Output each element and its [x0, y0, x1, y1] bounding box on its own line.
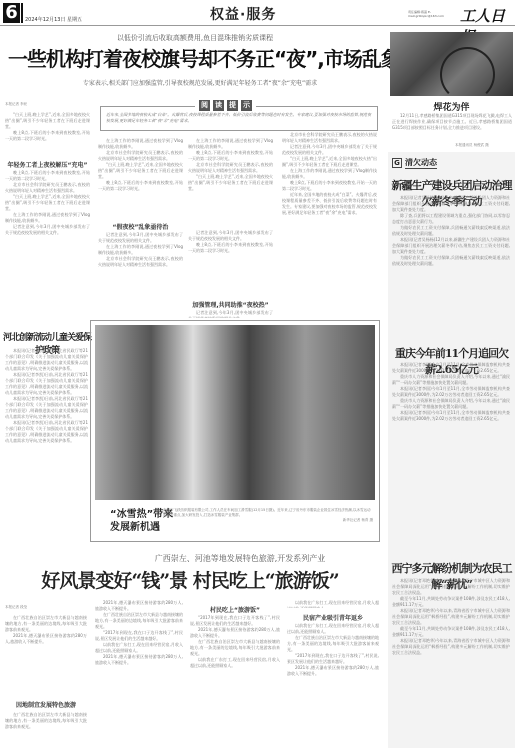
tip-char: 阅: [199, 100, 210, 111]
second-subhead-1: 因地制宜发展特色旅游: [5, 700, 87, 709]
tip-char: 读: [213, 100, 224, 111]
paragraph: 在广西壮族自治区崇左市大新县与越南接壤的地方,有一条美丽的边境线,每年吸引大批游…: [190, 639, 280, 657]
paragraph: 在上海工作的李刚说,通过夜校学到了Vlog制作技能,收获颇多。: [282, 168, 377, 180]
paragraph: 本报讯(记者李国)今年1月至11月,全市劳动保障监察机构共查处欠薪案件近3000…: [392, 386, 510, 398]
paragraph: 北京市社会科学院研究员王鹏表示,夜校的火热说明年轻人对精神生活有强烈需求。: [282, 132, 377, 144]
lead-col3-body: 在上海工作的李刚说,通过夜校学到了Vlog制作技能,收获颇多。晚上8点,下班后的…: [188, 138, 273, 226]
paragraph: 2021年,德天瀑布景区接待游客约280万人,旅游收入不断提升。: [190, 627, 280, 639]
lead-col4-body: 北京市社会科学院研究员王鹏表示,夜校的火热说明年轻人对精神生活有强烈需求。记者注…: [282, 132, 377, 317]
wage-body-1: 本报讯(记者吴杨杨)12月以来,新疆生产建设兵团人力资源和社会保障部门组织开展治…: [392, 195, 510, 330]
photo2-caption-text: 在辽宁飞跃纺织服装有限公司,工作人员在车间加工滑雪服(12月15日摄)。近年来,…: [163, 508, 370, 517]
lead-subhead-1: 年轻务工者上夜校解压“充电”: [5, 160, 90, 169]
reading-tip-text: 近年来,全国多地的夜校火成“白菜”。火爆背后,夜校课程质量参差不齐、低价引流后收…: [106, 112, 374, 124]
issue-date: 2024年12月13日 星期五: [25, 16, 82, 23]
lead-col3-body2: 记者注意到,今年3月,团中央城乡部发布了关于规范夜校发展的相关文件。晚上8点,下…: [188, 230, 273, 295]
paragraph: 截至今年11月,共调处劳动争议案件108件,涉及农民工418人,金额911.17…: [392, 596, 510, 608]
lead-subhead-2: “假夜校”乱象亟待治: [98, 222, 183, 231]
second-byline: 本报记者 段莹: [5, 605, 27, 610]
paragraph: 晚上8点,下班后的小李来到夜校教室,开始一天的第二段学习时光。: [5, 130, 90, 142]
photo2-credit: 新华社记者 杨青 摄: [163, 518, 373, 523]
second-subhead-3: 民宿产业吸引青年返乡: [287, 613, 379, 622]
paragraph: 为做好农民工工资支付保障,兵团畅通欠薪线索反映渠道,依法依规及时处理欠薪问题。: [392, 255, 510, 267]
paragraph: “白天上班,晚上学艺”,近来,全国多地夜校火热“出圈”,吸引不少年轻务工者在下班…: [188, 174, 273, 192]
paragraph: 晚上8点,下班后的小李来到夜校教室,开始一天的第二段学习时光。: [188, 242, 273, 254]
paragraph: 本报讯(记者吴杨杨)12月以来,新疆生产建设兵团人力资源和社会保障部门组织开展治…: [392, 195, 510, 213]
paragraph: 在上海工作的李刚说,通过夜校学到了Vlog制作技能,收获颇多。: [98, 244, 183, 256]
paragraph: 为做好农民工工资支付保障,兵团畅通欠薪线索反映渠道,依法依规及时处理欠薪问题。: [392, 225, 510, 237]
paragraph: 在广西壮族自治区崇左市大新县与越南接壤的地方,有一条美丽的边境线,每年吸引大批游…: [287, 635, 379, 653]
paragraph: 除了查,兵团将以工程建设领域为重点,强化部门协同,以零容忍态度打击恶意欠薪行为。: [392, 213, 510, 225]
paragraph: 本报讯(记者李国)今年1月至11月,全市劳动保障监察机构共查处欠薪案件近3000…: [392, 362, 510, 374]
paragraph: “白天上班,晚上学艺”,近来,全国多地夜校火热“出圈”,吸引不少年轻务工者在下班…: [5, 194, 90, 212]
second-col4-body: 以前我在广东打工,现在回来经营民宿,月收入超过以前,还能照顾家人。在广西壮族自治…: [287, 623, 379, 748]
reading-tip-label: 阅 读 提 示: [195, 100, 256, 111]
sewing-workers-photo: [95, 325, 375, 500]
hebei-body: 本报讯(记者李凯)日前,河北省民政厅等21个部门联合印发《关于加强流动儿童关爱保…: [5, 348, 88, 543]
paragraph: 本报讯(记者李凯)日前,河北省民政厅等21个部门联合印发《关于加强流动儿童关爱保…: [5, 396, 88, 420]
paragraph: 北京市社会科学院研究员王鹏表示,夜校的火热说明年轻人对精神生活有强烈需求。: [98, 150, 183, 162]
paragraph: 本报讯(记者邓艳华)今年以来,青海省西宁市城中区人力资源和社会保障局深化运用“枫…: [392, 608, 510, 626]
lead-kicker: 以低价引流后收取高额费用,鱼目混珠推销劣质课程: [100, 33, 290, 43]
lead-col3-body3: 记者注意到,今年3月,团中央城乡部发布了关于规范夜校发展的相关文件。: [188, 310, 273, 318]
page-number: 6: [3, 3, 20, 23]
paragraph: 晚上8点,下班后的小李来到夜校教室,开始一天的第二段学习时光。: [282, 180, 377, 192]
paragraph: 2021年,德天瀑布景区接待游客约280万人,旅游收入不断提升。: [5, 633, 87, 645]
section-title: 权益·服务: [210, 4, 276, 24]
lead-col2-body: 在上海工作的李刚说,通过夜校学到了Vlog制作技能,收获颇多。北京市社会科学院研…: [98, 138, 183, 218]
lead-subhead-3: 加强管理,共同助推“夜校热”: [188, 300, 273, 309]
photo1-caption: 12月11日,孝感路桥集团国道G315项目现场焊花飞溅,电焊工人正在进行焊接作业…: [392, 113, 512, 143]
paragraph: 记者注意到,今年3月,团中央城乡部发布了关于规范夜校发展的相关文件。: [5, 224, 90, 236]
paragraph: 记者注意到,今年3月,团中央城乡部发布了关于规范夜校发展的相关文件。: [98, 232, 183, 244]
photo1-credit: 本报通讯员 杨俊武 摄: [455, 143, 489, 148]
lead-col2-body2: 记者注意到,今年3月,团中央城乡部发布了关于规范夜校发展的相关文件。在上海工作的…: [98, 232, 183, 312]
paragraph: 记者注意到,今年3月,团中央城乡部发布了关于规范夜校发展的相关文件。: [188, 230, 273, 242]
paragraph: 晚上8点,下班后的小李来到夜校教室,开始一天的第二段学习时光。: [5, 170, 90, 182]
editor-info: 责任编辑:蒋菡 E-mail:grbtopic@163.com: [408, 10, 463, 18]
paragraph: 本报讯(记者李凯)日前,河北省民政厅等21个部门联合印发《关于加强流动儿童关爱保…: [5, 420, 88, 444]
paragraph: 在广西壮族自治区崇左市大新县与越南接壤的地方,有一条美丽的边境线,每年吸引大批游…: [5, 712, 87, 730]
paragraph: “2017年到现在,我在口子边开客栈了”,村民说,景区发展让他们的生活越来越好。: [287, 653, 379, 665]
paragraph: 记者注意到,今年3月,团中央城乡部发布了关于规范夜校发展的相关文件。: [282, 144, 377, 156]
paragraph: 北京市社会科学院研究员王鹏表示,夜校的火热说明年轻人对精神生活有强烈需求。: [98, 256, 183, 268]
paragraph: 2021年,德天瀑布景区接待游客约280万人,旅游收入不断提升。: [95, 654, 183, 666]
column-name: 清欠动态: [405, 157, 437, 169]
paragraph: 在广西壮族自治区崇左市大新县与越南接壤的地方,有一条美丽的边境线,每年吸引大批游…: [5, 615, 87, 633]
paragraph: “2017年到现在,我在口子边开客栈了”,村民说,景区发展让他们的生活越来越好。: [95, 630, 183, 642]
column-header: G 清欠动态: [392, 157, 437, 169]
second-headline: 好风景变好“钱”景 村民吃上“旅游饭”: [0, 566, 380, 593]
paragraph: 晚上8点,下班后的小李来到夜校教室,开始一天的第二段学习时光。: [188, 150, 273, 162]
paragraph: “白天上班,晚上学艺”,近来,全国多地夜校火热“出圈”,吸引不少年轻务工者在下班…: [5, 112, 90, 130]
welding-photo: [390, 32, 513, 96]
second-col2-body: 2021年,德天瀑布景区接待游客约280万人,旅游收入不断提升。在广西壮族自治区…: [95, 600, 183, 748]
lead-byline: 本报记者 李丝: [5, 102, 27, 107]
tip-char: 提: [227, 100, 238, 111]
lead-subhead: 专家表示,相关部门应加强监管,引导夜校规范发展,更好满足年轻务工者“夜”余“充电…: [20, 78, 380, 87]
lead-col1-body: 晚上8点,下班后的小李来到夜校教室,开始一天的第二段学习时光。北京市社会科学院研…: [5, 170, 90, 290]
paragraph: 本报讯(记者李凯)日前,河北省民政厅等21个部门联合印发《关于加强流动儿童关爱保…: [5, 348, 88, 372]
paragraph: 在上海工作的李刚说,通过夜校学到了Vlog制作技能,收获颇多。: [5, 212, 90, 224]
wage-body-2: 本报讯(记者李国)今年1月至11月,全市劳动保障监察机构共查处欠薪案件近3000…: [392, 362, 510, 502]
tip-char: 示: [241, 100, 252, 111]
paragraph: 12月11日,孝感路桥集团国道G315项目现场焊花飞溅,电焊工人正在进行焊接作业…: [392, 113, 512, 131]
paragraph: “白天上班,晚上学艺”,近来,全国多地夜校火热“出圈”,吸引不少年轻务工者在下班…: [282, 156, 377, 168]
second-col3-body: “2017年到现在,我在口子边开客栈了”,村民说,景区发展让他们的生活越来越好。…: [190, 615, 280, 748]
paragraph: 在上海工作的李刚说,通过夜校学到了Vlog制作技能,收获颇多。: [98, 138, 183, 150]
paragraph: 在广西壮族自治区崇左市大新县与越南接壤的地方,有一条美丽的边境线,每年吸引大批游…: [95, 612, 183, 630]
paragraph: “白天上班,晚上学艺”,近来,全国多地夜校火热“出圈”,吸引不少年轻务工者在下班…: [98, 162, 183, 180]
paragraph: 以前我在广东打工,现在回来经营民宿,月收入超过以前,还能照顾家人。: [95, 642, 183, 654]
paragraph: 截至今年11月,共调处劳动争议案件108件,涉及农民工418人,金额911.17…: [392, 626, 510, 638]
lead-col1-intro: “白天上班,晚上学艺”,近来,全国多地夜校火热“出圈”,吸引不少年轻务工者在下班…: [5, 112, 90, 157]
arc-shape: [440, 47, 495, 102]
paragraph: 在上海工作的李刚说,通过夜校学到了Vlog制作技能,收获颇多。: [188, 138, 273, 150]
masthead-rule: [0, 25, 515, 26]
second-col1-body: 在广西壮族自治区崇左市大新县与越南接壤的地方,有一条美丽的边境线,每年吸引大批游…: [5, 615, 87, 673]
paragraph: 2021年,德天瀑布景区接待游客约280万人,旅游收入不断提升。: [287, 665, 379, 677]
paragraph: 本报讯(记者李国)今年1月至11月,全市劳动保障监察机构共查处欠薪案件近3000…: [392, 410, 510, 422]
paragraph: 北京市社会科学院研究员王鹏表示,夜校的火热说明年轻人对精神生活有强烈需求。: [5, 182, 90, 194]
lead-headline: 一些机构打着夜校旗号却不务正“夜”,市场乱象有待整治: [8, 47, 378, 71]
column-tag-icon: G: [392, 158, 402, 168]
paragraph: 本报讯(记者邓艳华)今年以来,青海省西宁市城中区人力资源和社会保障局深化运用“枫…: [392, 638, 510, 656]
wage-body-3: 本报讯(记者邓艳华)今年以来,青海省西宁市城中区人力资源和社会保障局深化运用“枫…: [392, 578, 510, 743]
paragraph: 重庆市人力资源和社会保障局负责人介绍,今年以来,通过“渝民薪”“一码办欠薪”等措…: [392, 398, 510, 410]
paragraph: 本报讯(记者邓艳华)今年以来,青海省西宁市城中区人力资源和社会保障局深化运用“枫…: [392, 578, 510, 596]
paragraph: 2021年,德天瀑布景区接待游客约280万人,旅游收入不断提升。: [95, 600, 183, 612]
paragraph: 近年来,全国多地的夜校火成“白菜”。火爆背后,夜校课程质量参差不齐、低价引流后收…: [282, 192, 377, 216]
second-col4-top: 以前我在广东打工,现在回来经营民宿,月收入超过以前,还能照顾家人。: [287, 600, 379, 608]
paragraph: 以前我在广东打工,现在回来经营民宿,月收入超过以前,还能照顾家人。: [287, 600, 379, 608]
paragraph: 晚上8点,下班后的小李来到夜校教室,开始一天的第二段学习时光。: [98, 180, 183, 192]
second-kicker: 广西崇左、河池等地发展特色旅游,开发系列产业: [95, 553, 385, 564]
second-subhead-2: 村民吃上“旅游饭”: [190, 605, 280, 614]
photo2-caption: 在辽宁飞跃纺织服装有限公司,工作人员在车间加工滑雪服(12月15日摄)。近年来,…: [163, 508, 373, 523]
photo1-title: 焊花为伴: [390, 100, 513, 113]
paragraph: 本报讯(记者李凯)日前,河北省民政厅等21个部门联合印发《关于加强流动儿童关爱保…: [5, 372, 88, 396]
paragraph: 本报讯(记者吴杨杨)12月以来,新疆生产建设兵团人力资源和社会保障部门组织开展治…: [392, 237, 510, 255]
paragraph: “2017年到现在,我在口子边开客栈了”,村民说,景区发展让他们的生活越来越好。: [190, 615, 280, 627]
second-col1-body2: 在广西壮族自治区崇左市大新县与越南接壤的地方,有一条美丽的边境线,每年吸引大批游…: [5, 712, 87, 748]
paragraph: 北京市社会科学院研究员王鹏表示,夜校的火热说明年轻人对精神生活有强烈需求。: [188, 162, 273, 174]
paragraph: 记者注意到,今年3月,团中央城乡部发布了关于规范夜校发展的相关文件。: [188, 310, 273, 318]
paragraph: 重庆市人力资源和社会保障局负责人介绍,今年以来,通过“渝民薪”“一码办欠薪”等措…: [392, 374, 510, 386]
page-number-bar: [21, 3, 23, 23]
paragraph: 以前我在广东打工,现在回来经营民宿,月收入超过以前,还能照顾家人。: [287, 623, 379, 635]
paragraph: 以前我在广东打工,现在回来经营民宿,月收入超过以前,还能照顾家人。: [190, 657, 280, 669]
